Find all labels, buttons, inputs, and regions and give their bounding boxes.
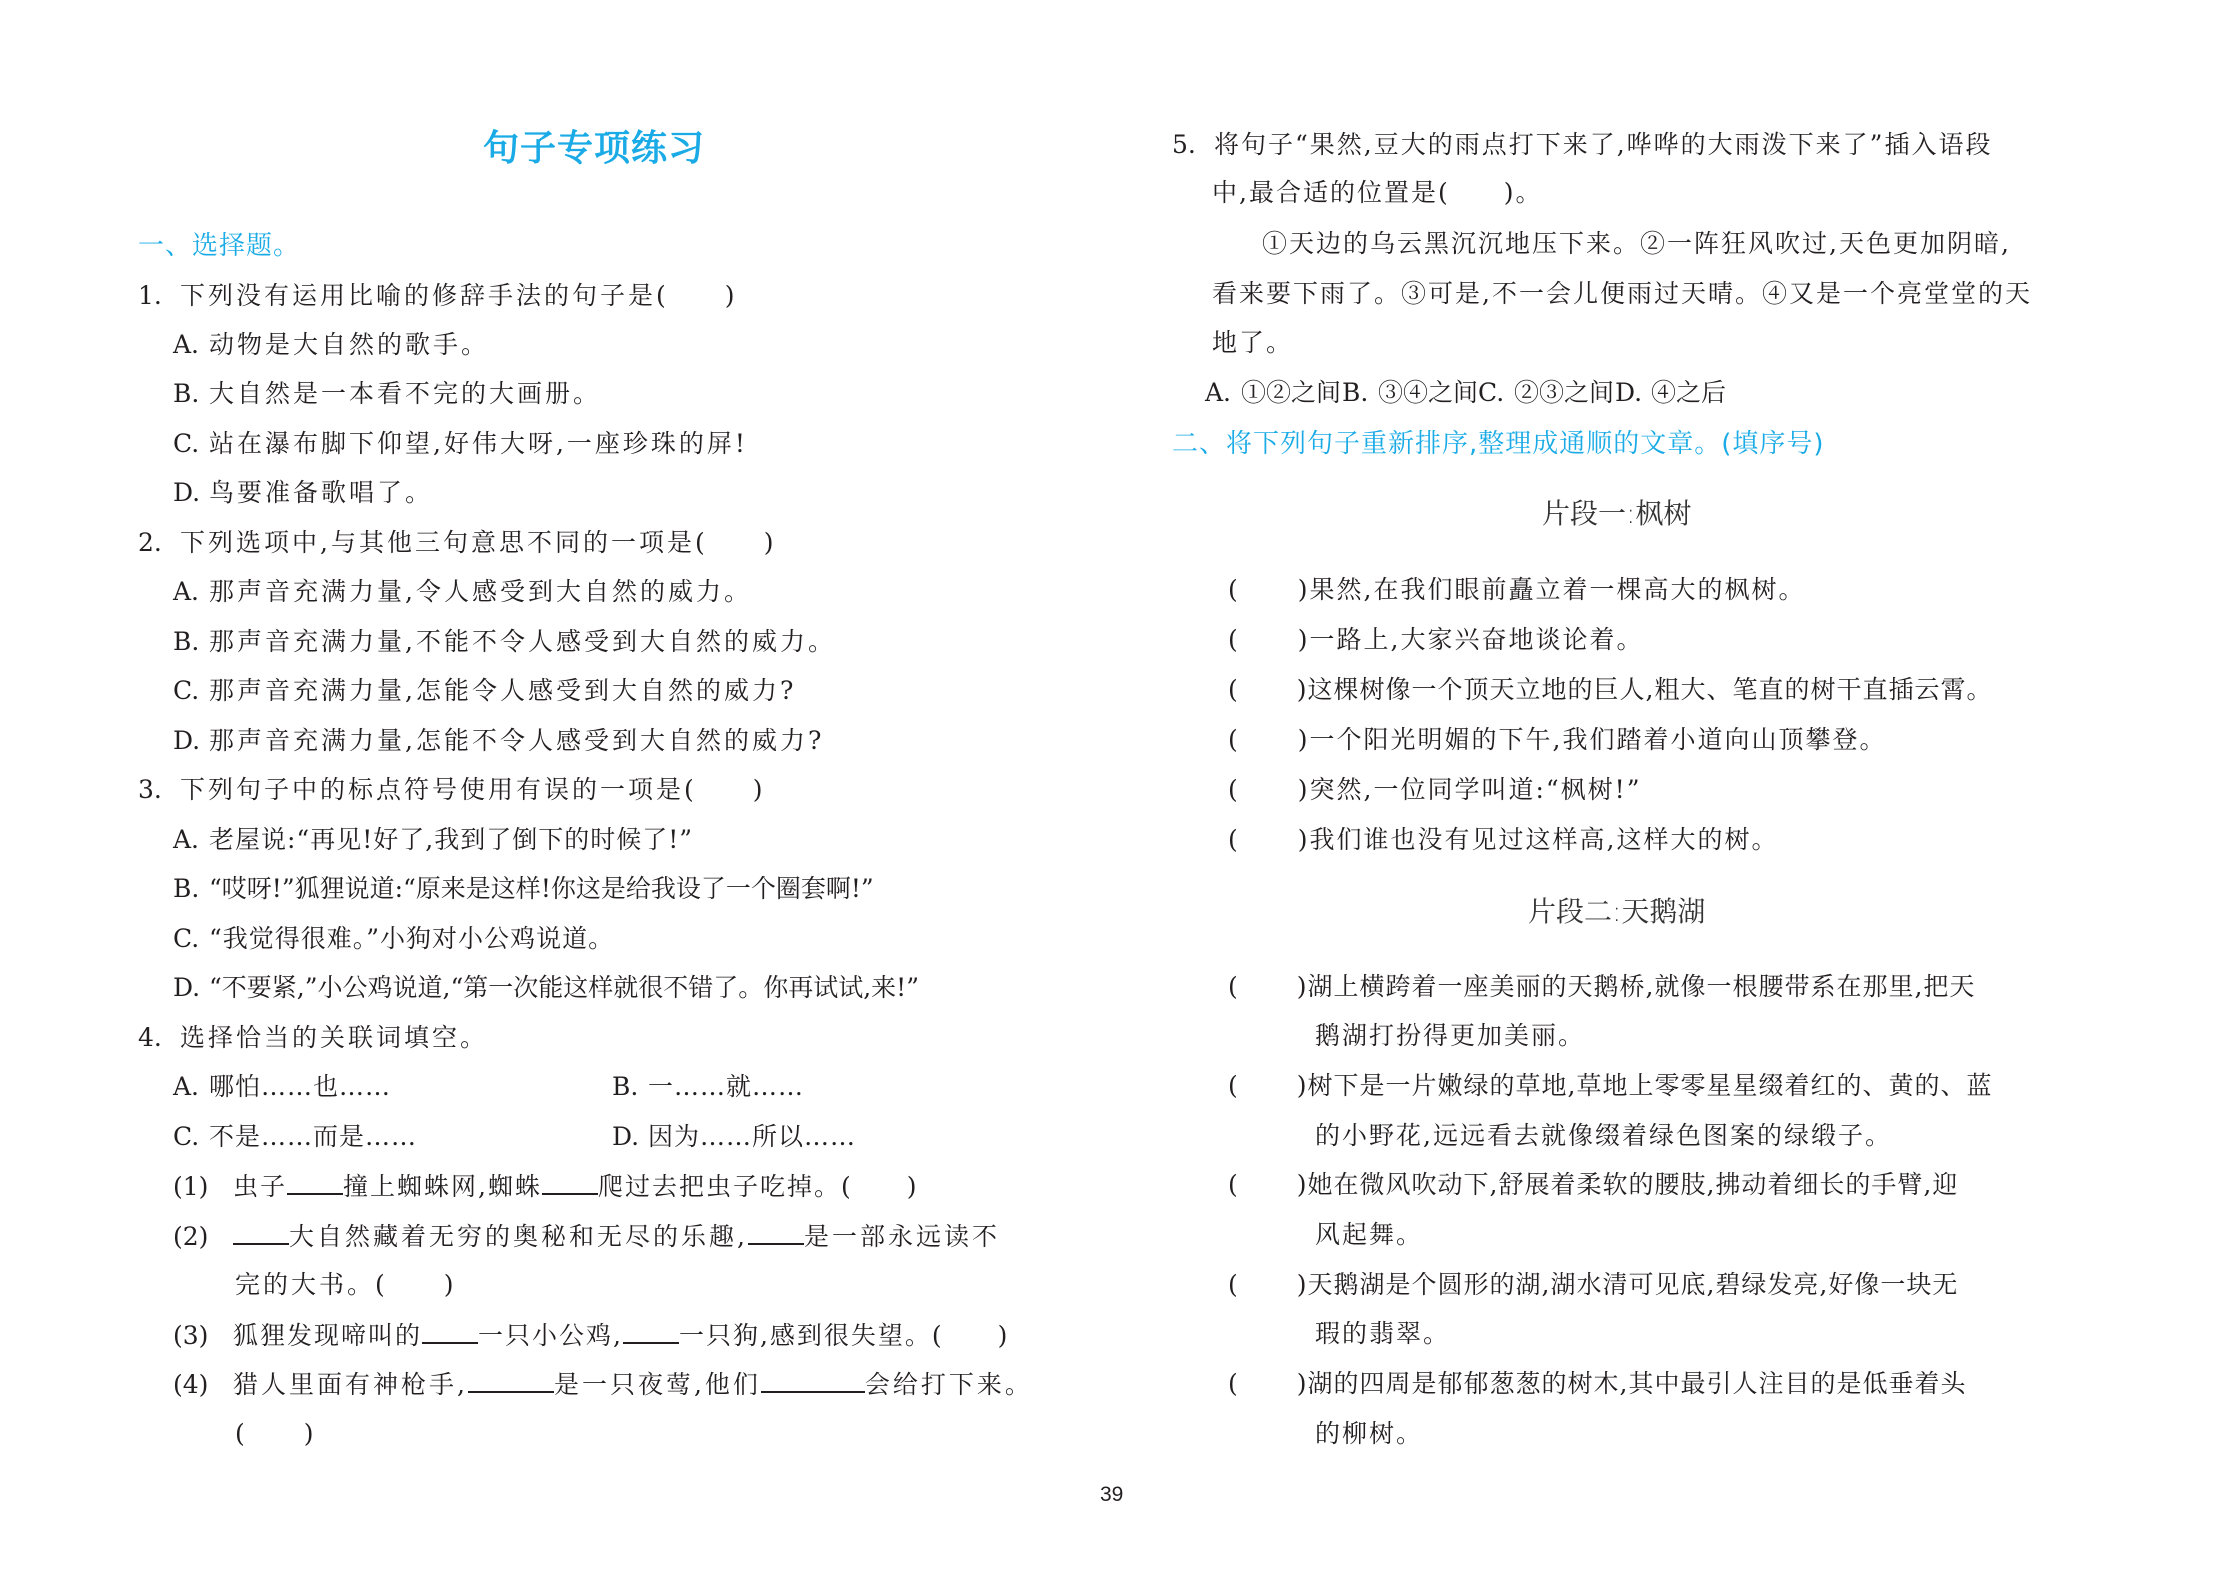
q5-passage-line3: 地了。 bbox=[1212, 328, 1293, 358]
q3-option-b[interactable]: B.“哎呀!”狐狸说道:“原来是这样!你这是给我设了一个圈套啊!” bbox=[173, 874, 874, 904]
fragment2-heading: 片段二:天鹅湖 bbox=[1528, 895, 1705, 929]
fragment1-heading: 片段一:枫树 bbox=[1542, 497, 1691, 531]
answer-paren[interactable]: () bbox=[1228, 775, 1310, 805]
question-number: 1. bbox=[138, 281, 180, 311]
list-item: ()我们谁也没有见过这样高,这样大的树。 bbox=[1228, 825, 1778, 855]
fill-blank[interactable] bbox=[422, 1320, 478, 1344]
answer-paren[interactable]: () bbox=[1228, 675, 1308, 705]
fill-blank[interactable] bbox=[542, 1171, 598, 1195]
q5-passage-line1: ①天边的乌云黑沉沉地压下来。②一阵狂风吹过,天色更加阴暗, bbox=[1262, 229, 2011, 259]
q4-option-a[interactable]: A.哪怕……也…… bbox=[173, 1072, 391, 1102]
page-number: 39 bbox=[1100, 1482, 1123, 1508]
q4-item-4: (4)猎人里面有神枪手,是一只夜莺,他们会给打下来。 bbox=[173, 1369, 1033, 1400]
q1-option-a[interactable]: A.动物是大自然的歌手。 bbox=[173, 330, 489, 360]
fill-blank[interactable] bbox=[287, 1171, 343, 1195]
q1-option-b[interactable]: B.大自然是一本看不完的大画册。 bbox=[173, 379, 601, 409]
q2-option-a[interactable]: A.那声音充满力量,令人感受到大自然的威力。 bbox=[173, 577, 752, 607]
fill-blank[interactable] bbox=[761, 1369, 865, 1393]
answer-paren[interactable]: () bbox=[1228, 1270, 1308, 1300]
q5-option-a[interactable]: A.①②之间 bbox=[1205, 378, 1341, 408]
question-text: 下列选项中,与其他三句意思不同的一项是( ) bbox=[180, 528, 776, 557]
list-item: ()一个阳光明媚的下午,我们踏着小道向山顶攀登。 bbox=[1228, 725, 1886, 755]
question-5: 5.将句子“果然,豆大的雨点打下来了,哗哗的大雨泼下来了”插入语段 bbox=[1172, 130, 1992, 160]
question-1: 1.下列没有运用比喻的修辞手法的句子是( ) bbox=[138, 281, 738, 311]
list-item: ()突然,一位同学叫道:“枫树!” bbox=[1228, 775, 1642, 805]
question-3: 3.下列句子中的标点符号使用有误的一项是( ) bbox=[138, 775, 766, 805]
list-item: ()果然,在我们眼前矗立着一棵高大的枫树。 bbox=[1228, 575, 1805, 605]
q4-item-2: (2)大自然藏着无穷的奥秘和无尽的乐趣,是一部永远读不 bbox=[173, 1221, 1000, 1252]
question-number: 3. bbox=[138, 775, 180, 805]
q4-option-d[interactable]: D.因为……所以…… bbox=[612, 1122, 856, 1152]
q4-item-1: (1)虫子撞上蜘蛛网,蜘蛛爬过去把虫子吃掉。( ) bbox=[173, 1171, 918, 1202]
q1-option-c[interactable]: C.站在瀑布脚下仰望,好伟大呀,一座珍珠的屏! bbox=[173, 429, 748, 459]
q5-option-d[interactable]: D.④之后 bbox=[1615, 378, 1726, 408]
q4-item-2-continuation: 完的大书。( ) bbox=[235, 1270, 457, 1300]
fill-blank[interactable] bbox=[748, 1221, 804, 1245]
answer-paren[interactable]: () bbox=[1228, 1071, 1308, 1101]
answer-paren[interactable]: () bbox=[1228, 1170, 1308, 1200]
q3-option-c[interactable]: C.“我觉得很难。”小狗对小公鸡说道。 bbox=[173, 924, 614, 954]
question-number: 5. bbox=[1172, 130, 1214, 160]
q4-option-c[interactable]: C.不是……而是…… bbox=[173, 1122, 417, 1152]
page-title: 句子专项练习 bbox=[483, 126, 705, 170]
section1-heading: 一、选择题。 bbox=[138, 230, 300, 262]
answer-paren[interactable]: () bbox=[1228, 825, 1310, 855]
q5-passage-line2: 看来要下雨了。③可是,不一会儿便雨过天晴。④又是一个亮堂堂的天 bbox=[1212, 279, 2032, 309]
answer-paren[interactable]: () bbox=[1228, 1369, 1308, 1399]
question-text: 下列没有运用比喻的修辞手法的句子是( ) bbox=[180, 281, 738, 310]
q5-option-c[interactable]: C.②③之间 bbox=[1478, 378, 1614, 408]
question-4: 4.选择恰当的关联词填空。 bbox=[138, 1023, 488, 1053]
q5-option-b[interactable]: B.③④之间 bbox=[1342, 378, 1478, 408]
question-text: 选择恰当的关联词填空。 bbox=[180, 1023, 488, 1052]
fill-blank[interactable] bbox=[233, 1221, 289, 1245]
fill-blank[interactable] bbox=[623, 1320, 679, 1344]
q4-item-4-answer[interactable]: ( ) bbox=[235, 1419, 317, 1449]
answer-paren[interactable]: () bbox=[1228, 625, 1310, 655]
question-number: 4. bbox=[138, 1023, 180, 1053]
q2-option-b[interactable]: B.那声音充满力量,不能不令人感受到大自然的威力。 bbox=[173, 627, 836, 657]
question-text: 将句子“果然,豆大的雨点打下来了,哗哗的大雨泼下来了”插入语段 bbox=[1214, 130, 1992, 159]
answer-paren[interactable]: () bbox=[1228, 575, 1310, 605]
answer-paren[interactable]: () bbox=[1228, 725, 1310, 755]
q2-option-c[interactable]: C.那声音充满力量,怎能令人感受到大自然的威力? bbox=[173, 676, 796, 706]
question-2: 2.下列选项中,与其他三句意思不同的一项是( ) bbox=[138, 528, 776, 558]
section2-heading: 二、将下列句子重新排序,整理成通顺的文章。(填序号) bbox=[1172, 428, 1825, 460]
q2-option-d[interactable]: D.那声音充满力量,怎能不令人感受到大自然的威力? bbox=[173, 726, 824, 756]
q4-option-b[interactable]: B.一……就…… bbox=[612, 1072, 804, 1102]
q3-option-d[interactable]: D.“不要紧,”小公鸡说道,“第一次能这样就很不错了。你再试试,来!” bbox=[173, 973, 919, 1003]
list-item: ()这棵树像一个顶天立地的巨人,粗大、笔直的树干直插云霄。 bbox=[1228, 675, 1992, 705]
q1-option-d[interactable]: D.鸟要准备歌唱了。 bbox=[173, 478, 433, 508]
answer-paren[interactable]: () bbox=[1228, 972, 1308, 1002]
question-number: 2. bbox=[138, 528, 180, 558]
question-text: 下列句子中的标点符号使用有误的一项是( ) bbox=[180, 775, 766, 804]
list-item: ()一路上,大家兴奋地谈论着。 bbox=[1228, 625, 1643, 655]
question-5-line2: 中,最合适的位置是( )。 bbox=[1212, 178, 1542, 208]
q4-item-3: (3)狐狸发现啼叫的一只小公鸡,一只狗,感到很失望。( ) bbox=[173, 1320, 1009, 1351]
q3-option-a[interactable]: A.老屋说:“再见!好了,我到了倒下的时候了!” bbox=[173, 825, 693, 855]
fill-blank[interactable] bbox=[468, 1369, 554, 1393]
